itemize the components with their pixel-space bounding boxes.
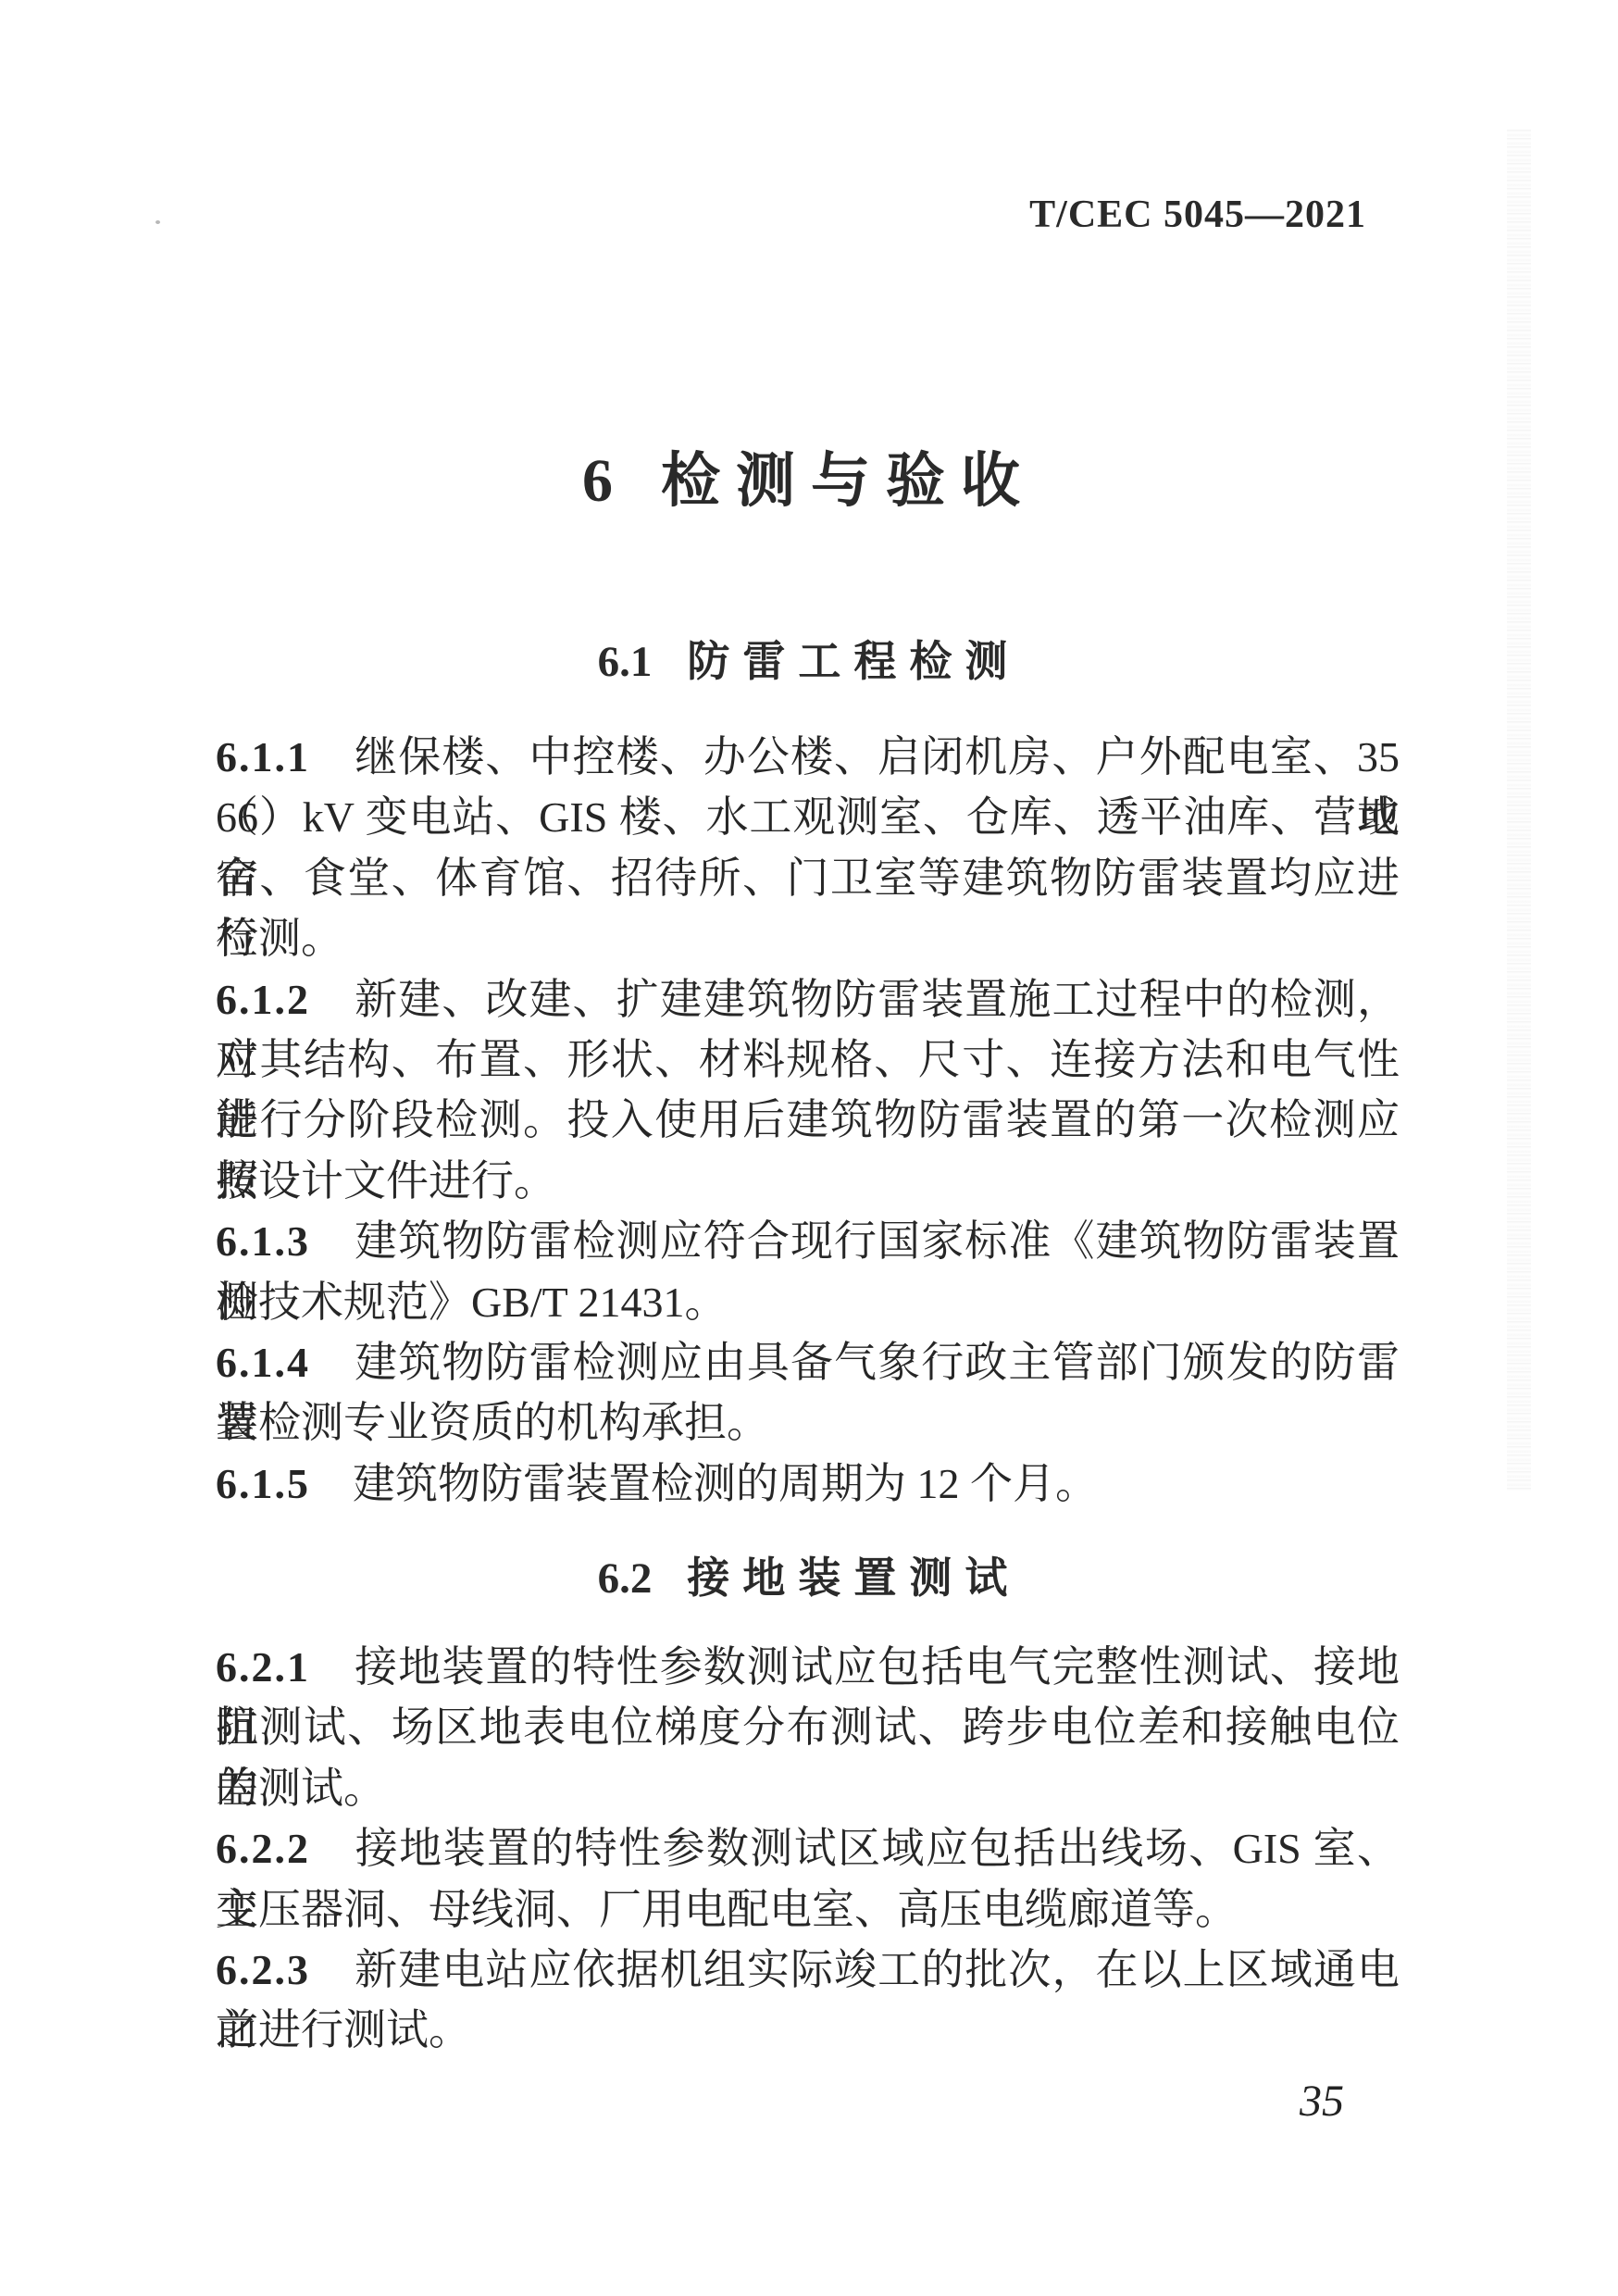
section-number: 6.1 <box>598 638 653 686</box>
clause-number: 6.2.3 <box>216 1946 310 1993</box>
clause-line: 6.1.1 继保楼、中控楼、办公楼、启闭机房、户外配电室、35（或 <box>216 727 1400 787</box>
clause-number: 6.1.4 <box>216 1339 310 1386</box>
clause-line: 测技术规范》GB/T 21431。 <box>216 1272 1400 1332</box>
clause-number: 6.2.1 <box>216 1643 310 1691</box>
clause-number: 6.1.1 <box>216 733 310 780</box>
clause-line: 6.2.2 接地装置的特性参数测试区域应包括出线场、GIS 室、主 <box>216 1818 1400 1878</box>
scan-artifact-speck <box>156 220 160 224</box>
section-6-2-clauses: 6.2.1 接地装置的特性参数测试应包括电气完整性测试、接地阻抗测试、场区地表电… <box>216 1637 1400 2061</box>
document-code-header: T/CEC 5045—2021 <box>1029 193 1366 237</box>
section-title-text: 防雷工程检测 <box>687 638 1020 685</box>
clause-number: 6.1.5 <box>216 1460 310 1507</box>
clause-line: 6.1.4 建筑物防雷检测应由具备气象行政主管部门颁发的防雷装 <box>216 1332 1400 1392</box>
section-heading-6-2: 6.2接地装置测试 <box>0 1544 1618 1605</box>
clause-line: 前进行测试。 <box>216 2000 1400 2060</box>
section-number: 6.2 <box>598 1554 653 1603</box>
scan-artifact-streak <box>1507 130 1531 1491</box>
clause-line: 6.1.2 新建、改建、扩建建筑物防雷装置施工过程中的检测，应 <box>216 969 1400 1029</box>
clause-line: 舍、食堂、体育馆、招待所、门卫室等建筑物防雷装置均应进行 <box>216 848 1400 908</box>
clause-line: 6.2.3 新建电站应依据机组实际竣工的批次，在以上区域通电之 <box>216 1940 1400 2000</box>
clause-number: 6.1.3 <box>216 1217 310 1265</box>
clause-line: 6.1.5 建筑物防雷装置检测的周期为 12 个月。 <box>216 1454 1400 1514</box>
clause-line: 进行分阶段检测。投入使用后建筑物防雷装置的第一次检测应按 <box>216 1090 1400 1150</box>
document-page: T/CEC 5045—2021 6检测与验收 6.1防雷工程检测 6.1.1 继… <box>0 0 1618 2296</box>
clause-line: 检测。 <box>216 908 1400 968</box>
page-number: 35 <box>1300 2076 1344 2127</box>
chapter-title: 6检测与验收 <box>0 433 1618 518</box>
clause-line: 对其结构、布置、形状、材料规格、尺寸、连接方法和电气性能 <box>216 1029 1400 1090</box>
clause-number: 6.2.2 <box>216 1825 310 1872</box>
clause-line: 置检测专业资质的机构承担。 <box>216 1392 1400 1453</box>
clause-line: 抗测试、场区地表电位梯度分布测试、跨步电位差和接触电位差 <box>216 1697 1400 1757</box>
clause-line: 照设计文件进行。 <box>216 1151 1400 1211</box>
chapter-number: 6 <box>582 447 613 515</box>
section-6-1-clauses: 6.1.1 继保楼、中控楼、办公楼、启闭机房、户外配电室、35（或66）kV 变… <box>216 727 1400 1514</box>
clause-line: 6.1.3 建筑物防雷检测应符合现行国家标准《建筑物防雷装置检 <box>216 1211 1400 1271</box>
clause-line: 6.2.1 接地装置的特性参数测试应包括电气完整性测试、接地阻 <box>216 1637 1400 1697</box>
clause-line: 的测试。 <box>216 1758 1400 1818</box>
section-heading-6-1: 6.1防雷工程检测 <box>0 628 1618 689</box>
clause-line: 变压器洞、母线洞、厂用电配电室、高压电缆廊道等。 <box>216 1879 1400 1940</box>
clause-number: 6.1.2 <box>216 976 310 1023</box>
section-title-text: 接地装置测试 <box>687 1554 1020 1602</box>
chapter-title-text: 检测与验收 <box>661 448 1036 514</box>
clause-line: 66）kV 变电站、GIS 楼、水工观测室、仓库、透平油库、营地宿 <box>216 787 1400 847</box>
